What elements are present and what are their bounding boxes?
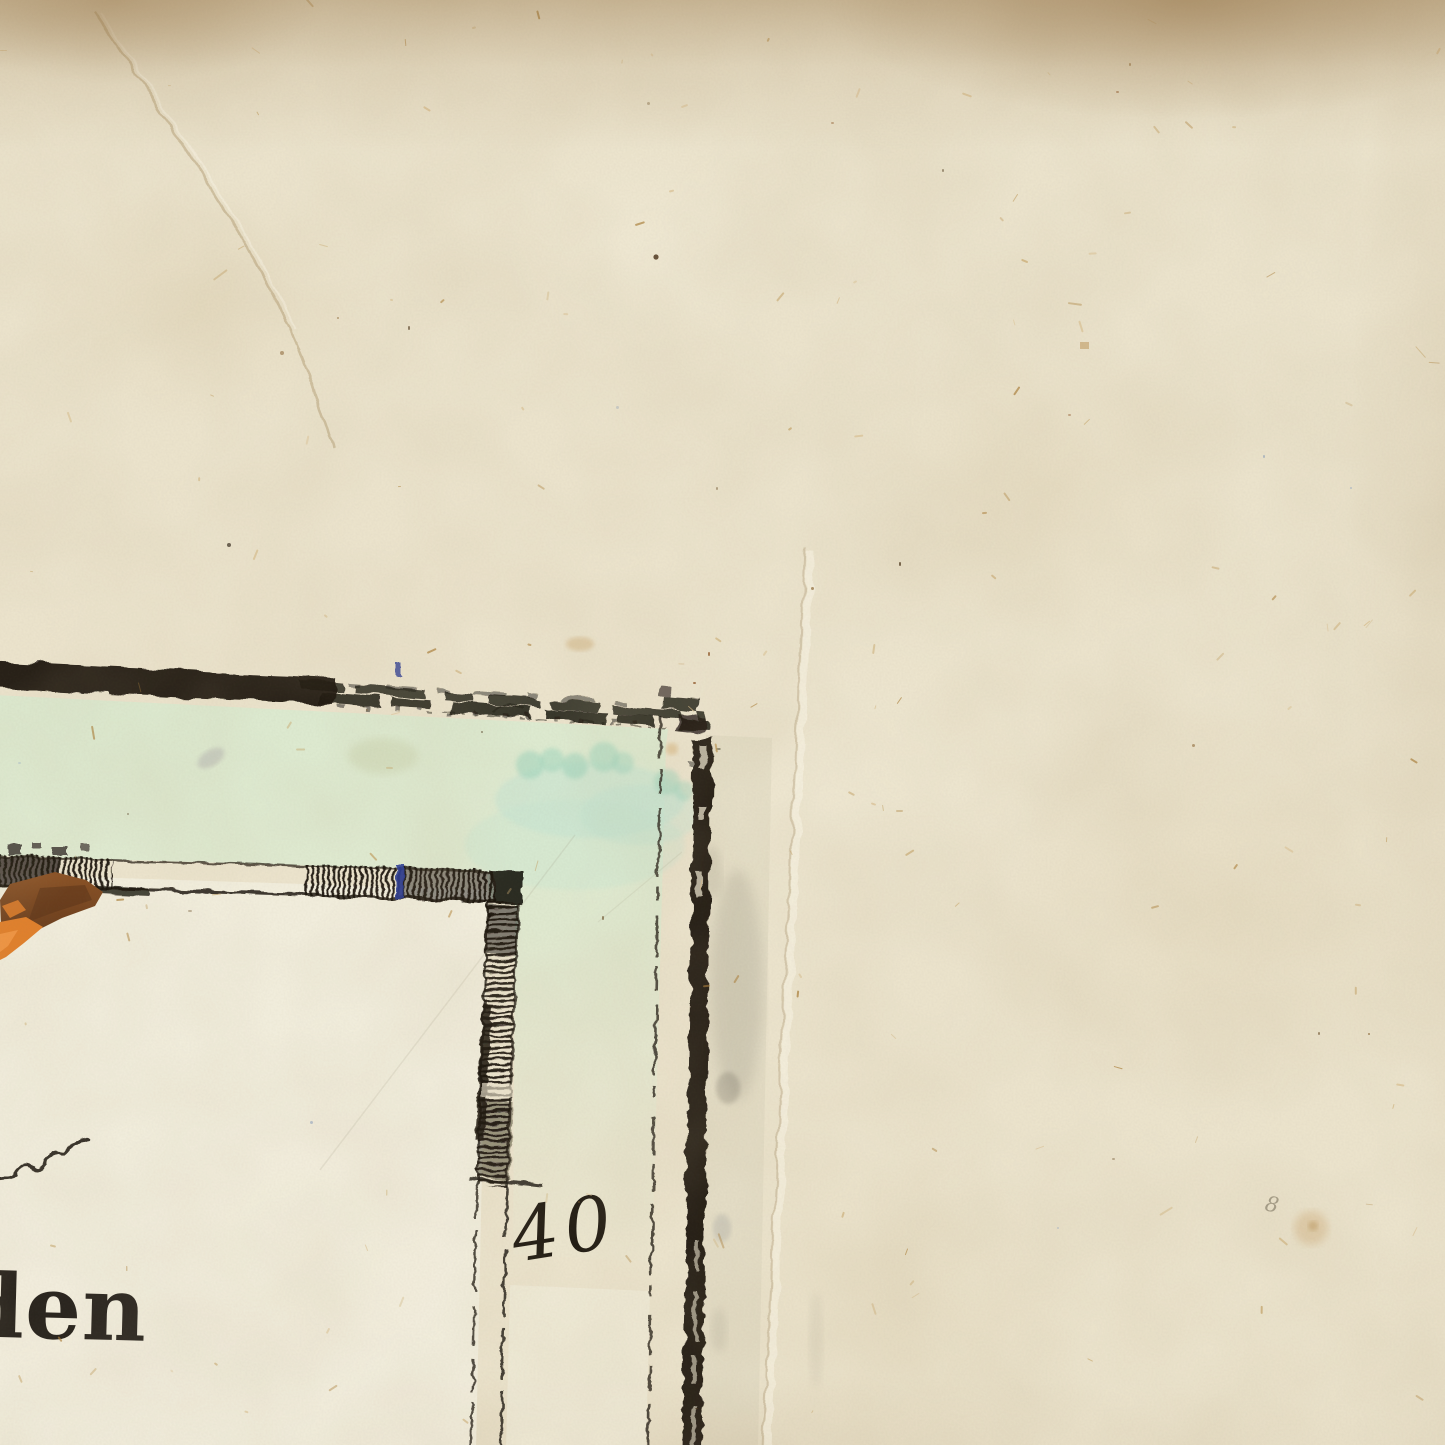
paper-fiber [472,27,476,30]
paper-fiber [405,39,407,46]
paper-fiber [1366,1204,1373,1206]
paper-fiber [455,670,462,675]
paper-fiber [1409,589,1417,597]
paper-fiber [1355,904,1361,907]
paper-fiber [1266,272,1275,278]
paper-fiber [635,221,645,226]
paper-fiber [398,486,401,487]
paper-fiber [962,92,972,97]
paper-fiber [75,855,77,858]
paper-fiber [1284,846,1293,852]
paper-fiber [991,574,997,579]
paper-fiber [1068,302,1082,305]
paper-fiber [714,743,717,752]
diagonal-crease [95,12,334,448]
paper-fiber [1192,744,1195,746]
paper-fiber [328,1384,338,1391]
torn-paper-fragment [0,872,103,960]
mottle-noise [0,0,1445,1445]
paper-fiber [718,1233,725,1249]
paper-fiber [1263,455,1265,458]
paper-fiber [1326,624,1328,632]
paper-fiber [50,1244,56,1247]
neat-lines [428,705,665,1445]
paper-fiber [1392,1104,1394,1109]
paper-fiber [534,860,538,871]
paper-fiber [1129,63,1132,67]
paper-fiber [244,1410,249,1413]
paper-fiber [1013,386,1020,395]
paper-fiber [578,1201,580,1203]
map-lower-right-margin [506,1285,650,1445]
paper-fiber [17,1375,22,1383]
paper-fiber [891,1034,897,1040]
paper-fiber [716,487,718,489]
paper-fiber [127,813,129,815]
paper-fiber [871,802,876,805]
paper-fiber [319,244,328,248]
paper-fiber [1216,652,1225,661]
paper-fiber [668,189,674,192]
paper-fiber [621,60,622,64]
paper-fiber [563,313,568,315]
paper-fiber [310,1121,313,1124]
paper-fiber [1078,321,1083,333]
paper-fiber [1272,595,1277,600]
paper-fiber [440,299,445,304]
paper-fiber [252,48,261,55]
paper-fiber [366,709,368,711]
paper-fiber [713,1238,719,1247]
paper-fiber [1116,91,1118,93]
paper-fiber [521,407,524,411]
fine-grain [0,0,1445,1445]
paper-fiber [18,762,21,764]
olive-smudge [348,738,418,774]
paper-fiber [57,1336,62,1342]
paper-fiber [693,682,696,684]
paper-fiber [788,427,792,431]
outer-border-right [692,740,703,1445]
paper-fiber [1436,48,1441,55]
paper-fiber [1287,706,1292,710]
paper-fiber [1345,402,1353,407]
paper-fiber [848,792,855,797]
paper-fiber [126,1266,127,1271]
purple-smudge [194,743,228,772]
paper-fiber [999,216,1004,221]
paper-fiber [1124,212,1131,215]
paper-fiber [905,850,914,857]
paper-fiber [1047,71,1051,75]
paper-fiber [390,299,394,302]
paper-fiber [280,351,284,355]
paper-fiber [681,104,688,108]
paper-fiber [1350,487,1353,489]
antique-map-scan: 40 den 8 [0,0,1445,1445]
paper-fiber [1232,126,1236,128]
paper-fiber [252,549,257,560]
paper-fiber [942,169,944,172]
paper-fiber [138,683,142,693]
paper-fiber [408,326,411,330]
paper-fiber [836,297,840,304]
paper-fiber [0,50,7,51]
paper-fiber [1212,566,1220,570]
paper-fiber [427,648,437,654]
paper-fiber [1261,1306,1263,1314]
margin-green-wash [0,695,668,1262]
paper-fiber [237,245,244,250]
paper-fiber [1368,1033,1370,1035]
paper-fiber [423,106,431,112]
paper-fiber [871,1303,877,1315]
paper-fiber [1386,836,1387,841]
paper-fiber [750,703,757,708]
paper-fiber [399,1296,405,1307]
paper-fiber [777,292,785,301]
blue-ink-speck [395,663,401,676]
paper-fiber [145,905,147,910]
paper-fiber [212,894,222,896]
paper-fiber [198,476,200,480]
paper-fiber [678,663,684,665]
stains [227,254,1328,1245]
paper-fiber [527,644,532,647]
paper-fiber [1233,864,1238,870]
paper-fibers [0,0,1445,1445]
paper-fiber [700,880,703,890]
paper-mottle-texture [0,0,1445,1445]
paper-fiber [537,10,541,19]
paper-fiber [853,280,857,284]
paper-fiber [1013,194,1019,202]
paper-fiber [703,985,711,987]
paper-fiber [1364,621,1371,627]
vertical-fold [763,548,810,1445]
paper-fiber [170,1369,174,1373]
paper-fiber [1160,1207,1173,1216]
paper-fiber [546,291,549,300]
paper-fiber [1415,345,1426,357]
paper-fiber [386,767,393,769]
paper-fiber [767,38,771,43]
paper-fiber [1083,419,1089,425]
paper-fiber [616,406,619,409]
paper-top-edge-tint [0,0,1445,150]
paper-fiber [116,899,124,901]
paper-fiber [897,697,903,705]
paper-fiber [1153,126,1160,134]
paper-fiber [733,974,740,983]
paper-fiber [909,1280,914,1286]
outer-border-top [0,675,335,691]
paper-fiber [306,0,314,8]
paper-fiber [546,1193,549,1203]
paper-fiber [1057,1227,1059,1229]
paper-fiber [481,731,483,733]
paper-fiber [286,720,292,728]
paper-fiber [1013,320,1016,326]
paper-fiber [797,990,799,998]
paper-fiber [1089,253,1097,255]
paper-fiber [1279,1237,1288,1245]
pencil-numeral: 8 [1263,1191,1281,1217]
paper-fiber [882,805,884,812]
paper-fiber [88,875,89,878]
paper-fiber [30,570,34,572]
paper-fiber [168,85,171,87]
scratches [320,835,682,1170]
paper-fiber [586,1193,592,1196]
paper-fiber [1415,1395,1424,1402]
map-corner-engraving: 40 den 8 [0,0,1445,1445]
paper-fiber [982,512,987,514]
paper-fiber [695,1408,698,1410]
paper-fiber [1147,19,1156,25]
paper-fiber [1412,1227,1418,1237]
paper-texture-overlay [0,0,1445,1445]
paper-fiber [324,614,328,618]
paper-fiber [1087,1357,1093,1361]
graduated-border [0,842,542,1445]
paper-fiber [1151,905,1159,909]
paper-fiber [296,749,305,751]
paper-fiber [872,644,875,654]
paper-fiber [1365,619,1373,628]
paper-fiber [650,53,653,57]
paper-fiber [212,269,227,281]
paper-fiber [91,726,95,740]
paper-fiber [1112,1158,1115,1160]
paper-fiber [391,711,400,715]
paper-fiber [256,111,259,115]
paper-fiber [856,88,861,98]
paper-fiber [448,909,453,917]
teal-watercolor-blotch [465,742,700,890]
paper-fiber [955,902,960,907]
paper-fiber [911,1292,919,1298]
paper-fiber [904,1248,908,1255]
paper-fiber [1021,258,1028,263]
paper-fiber [337,317,340,320]
paper-fiber [537,484,545,490]
outer-border [0,663,720,1445]
gray-smudges [694,735,823,1445]
map-interior-face [0,874,488,1445]
paper-fiber [90,1368,97,1376]
paper-fiber [811,1410,814,1413]
paper-fiber [1411,758,1419,764]
paper-fiber [1035,1145,1044,1149]
paper-fiber [1187,80,1193,84]
paper-fiber [790,850,794,855]
paper-fiber [387,1189,388,1195]
paper-fiber [1068,414,1070,416]
paper-fiber [126,932,130,941]
paper-fiber [602,916,604,920]
paper-fiber [647,102,650,105]
paper-fiber [854,434,863,437]
paper-fiber [1396,1083,1404,1086]
paper-fiber [1429,362,1440,364]
blue-degree-tick [396,864,404,899]
paper-fiber [841,1212,844,1218]
paper-fiber [688,705,695,712]
paper-fiber [305,435,309,444]
river-squiggle [0,1140,88,1180]
paper-fiber [24,1023,26,1026]
paper-fiber [895,810,902,812]
paper-fiber [931,1148,937,1153]
paper-fiber [798,973,802,978]
margin-scale-label: 40 [504,1178,623,1280]
paper-fiber [708,652,710,656]
paper-fiber [369,853,377,862]
paper-fiber [210,394,214,397]
paper-fiber [762,650,767,656]
paper-fiber [188,910,192,912]
paper-fiber [67,412,73,423]
paper-fiber [874,705,876,710]
paper-fiber [506,888,511,895]
paper-fiber [625,1254,632,1262]
paper-fiber [1114,1066,1123,1070]
paper-fiber [326,1327,330,1333]
paper-fiber [1318,1032,1321,1035]
paper-fiber [811,587,814,590]
paper-fiber [1184,121,1193,129]
paper-fiber [1354,987,1356,995]
paper-fiber [715,637,722,642]
paper-fiber [899,562,901,565]
paper-fiber [214,1362,218,1366]
paper-fiber [1003,492,1010,501]
place-name-fragment: den [0,1253,149,1362]
paper-fiber [462,1418,469,1424]
paper-fiber [831,122,833,124]
paper-fiber [1333,621,1341,630]
paper-fiber [364,1244,368,1251]
paper-fiber [1195,1136,1199,1143]
